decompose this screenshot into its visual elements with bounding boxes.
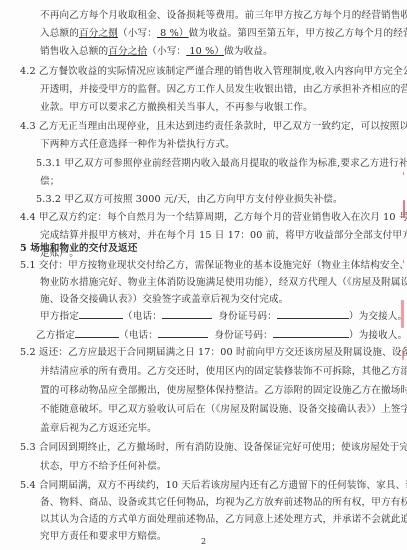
text-line: 物业防水措施完好、物业主体消防设施满足使用功能），经双方代理人（《房屋及附属设 xyxy=(40,277,407,289)
name-blank[interactable] xyxy=(79,309,123,319)
revenue-share-line-2: 销售收入总额的百分之拾（小写： 10 %）做为收益。 xyxy=(40,46,273,58)
label: ）为交接人。 xyxy=(349,311,407,322)
text: 做为收益。第四至第五年，甲方按乙方每个月的经营 xyxy=(189,28,407,39)
id-blank[interactable] xyxy=(273,328,349,338)
text-line: 5.3.2 甲乙双方可按照 3000 元/天，由乙方向甲方支付停业损失补偿。 xyxy=(36,194,343,206)
text-line: 下两种方式任意选择一种作为补偿执行方式。 xyxy=(40,139,235,151)
percent-value-1: 8 %） xyxy=(157,28,189,39)
label: 甲方指定 xyxy=(40,311,79,322)
text-line: 4.2 乙方餐饮收益的实际情况应该制定严谨合理的销售收入管理制度,收入内容向甲方… xyxy=(20,66,407,78)
text: 销售收入总额的 xyxy=(40,46,108,57)
text-line: 4.4 甲乙双方约定：每个自然月为一个结算周期，乙方每个月的营业销售收入在次月 … xyxy=(20,212,407,224)
percent-value-2: 10 %） xyxy=(186,46,224,57)
text-line: 不再向乙方每个月收取租金、设备损耗等费用。前三年甲方按乙方每个月的经营销售收 xyxy=(40,10,407,22)
handover-party-a: 甲方指定（电话： 身份证号码：）为交接人。 xyxy=(40,309,407,323)
stamp-edge-mark xyxy=(402,350,404,360)
label: （电话： xyxy=(123,311,162,322)
text-line: 4.3 乙方无正当理由出现停业，且未达到违约责任条款时，甲乙双方一致约定，可以按… xyxy=(20,121,407,133)
name-blank[interactable] xyxy=(75,328,119,338)
label: 乙方指定 xyxy=(36,330,75,341)
stamp-edge-mark xyxy=(403,172,404,175)
revenue-share-line-1: 入总额的百分之捌（小写： 8 %）做为收益。第四至第五年，甲方按乙方每个月的经营 xyxy=(40,28,407,40)
clause-5-4-l2: 备、物料、商品、设备或其它任何物品，均视为乙方放弃前述物品的所有权，甲方有权 xyxy=(40,497,407,509)
text-line: 5.3.1 甲乙双方可参照停业前经营期内收入最高月提取的收益作为标准,要求乙方进… xyxy=(36,158,407,170)
label: 身份证号码： xyxy=(214,330,272,341)
phone-blank[interactable] xyxy=(158,328,208,338)
percent-words-2: 百分之拾 xyxy=(108,46,147,57)
clause-5-4-l3: 以其认为合适的方式单方面处理前述物品，乙方同意上述处理方式，并承诺不会就此追 xyxy=(40,514,407,526)
text-line: 5.1 交付：甲方按物业现状交付给乙方，需保证物业的基本设施完好（物业主体结构安… xyxy=(20,260,407,272)
text-line: 偿； xyxy=(40,176,60,188)
text-line: 施、设备交接确认表》）交验签字或盖章后视为交付完成。 xyxy=(40,294,289,306)
text-line: 置的可移动物品应全部搬出，使房屋整体保持整洁。乙方添附的固定设施乙方在撤场时 xyxy=(40,385,407,397)
clause-5-4-l4: 究甲方责任和要求甲方赔偿。 xyxy=(40,531,167,543)
handover-party-b: 乙方指定（电话： 身份证号码：）为接收人。 xyxy=(36,328,407,342)
label: （电话： xyxy=(119,330,158,341)
text-line: 盖章后视为乙方返还完毕。 xyxy=(40,423,157,435)
label: ）为接收人。 xyxy=(349,330,407,341)
text-line: 5.2 返还：乙方应最迟于合同期届满之日 17：00 时前向甲方交还该房屋及附属… xyxy=(20,347,407,359)
section-title: 5 场地和物业的交付及返还 xyxy=(20,243,138,255)
text: （小写： xyxy=(118,28,157,39)
text-line: 完成结算并报甲方核对，并在每个月 15 日 17：00 前，将甲方收益部分全部支… xyxy=(40,230,407,242)
stamp-edge-mark xyxy=(403,200,405,218)
text-line: 状态，甲方不给予任何补偿。 xyxy=(40,461,167,473)
text: 入总额的 xyxy=(40,28,79,39)
text: 做为收益。 xyxy=(224,46,273,57)
text: （小写： xyxy=(147,46,186,57)
stamp-edge-mark xyxy=(403,260,404,263)
percent-words-1: 百分之捌 xyxy=(79,28,118,39)
text-line: 开透明，并接受甲方的监督。因乙方工作人员发生收银出错，由乙方承担补齐相应的营 xyxy=(40,84,407,96)
stamp-edge-mark xyxy=(401,300,404,328)
phone-blank[interactable] xyxy=(162,309,212,319)
label: 身份证号码： xyxy=(218,311,276,322)
text-line: 不能随意破坏。甲乙双方验收认可后在（《房屋及附属设施、设备交接确认表》）上签字 xyxy=(40,404,407,416)
document-page: 不再向乙方每个月收取租金、设备损耗等费用。前三年甲方按乙方每个月的经营销售收4.… xyxy=(0,0,407,550)
text-line: 并结清应承的所有费用。乙方交还时，使用区内的固定装修装饰不可拆除，其他乙方添 xyxy=(40,366,407,378)
text-line: 5.3 合同因到期终止，乙方撤场时，所有消防设施、设备保证完好可使用；使该房屋处… xyxy=(20,442,407,454)
text-line: 业款。甲方可以要求乙方撤换相关当事人，不再参与收银工作。 xyxy=(40,102,313,114)
id-blank[interactable] xyxy=(277,309,349,319)
clause-5-4-l1: 5.4 合同期届满，双方不再续约，10 天后若该房屋内还有乙方遗留下的任何装饰、… xyxy=(20,480,407,492)
